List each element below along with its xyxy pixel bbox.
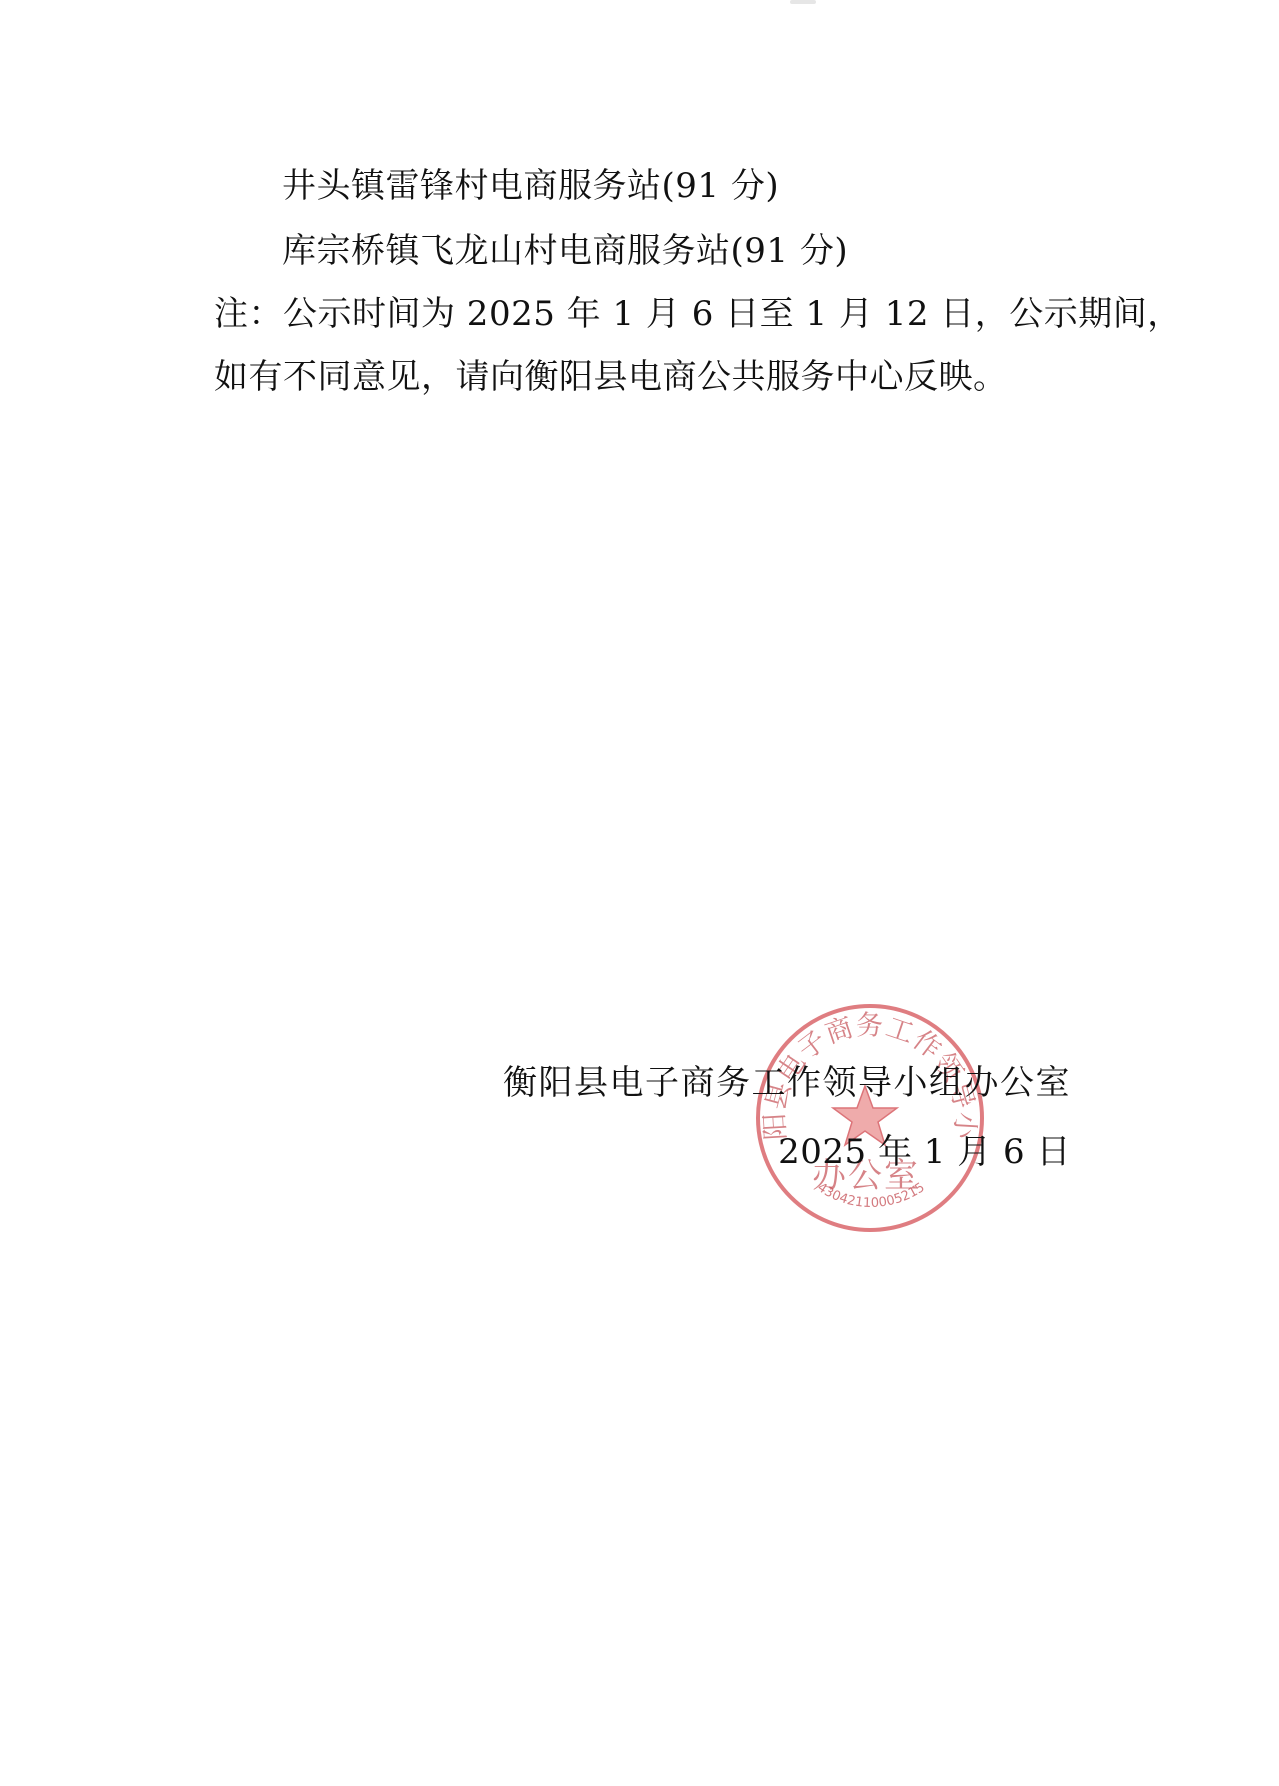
scan-artifact — [790, 0, 816, 4]
note-line-2: 如有不同意见，请向衡阳县电商公共服务中心反映。 — [214, 357, 1008, 397]
note-line-1: 注：公示时间为 2025 年 1 月 6 日至 1 月 12 日，公示期间， — [214, 294, 1182, 334]
document-page: 井头镇雷锋村电商服务站(91 分) 库宗桥镇飞龙山村电商服务站(91 分) 注：… — [0, 0, 1279, 1786]
seal-icon: 衡阳县电子商务工作领导小组 办公室 43042110005215 — [752, 1002, 988, 1234]
issuing-organization: 衡阳县电子商务工作领导小组办公室 — [503, 1063, 1071, 1103]
list-item: 井头镇雷锋村电商服务站(91 分) — [282, 166, 779, 206]
official-seal: 衡阳县电子商务工作领导小组 办公室 43042110005215 — [752, 1002, 988, 1234]
list-item: 库宗桥镇飞龙山村电商服务站(91 分) — [282, 231, 848, 271]
issue-date: 2025 年 1 月 6 日 — [778, 1132, 1071, 1172]
